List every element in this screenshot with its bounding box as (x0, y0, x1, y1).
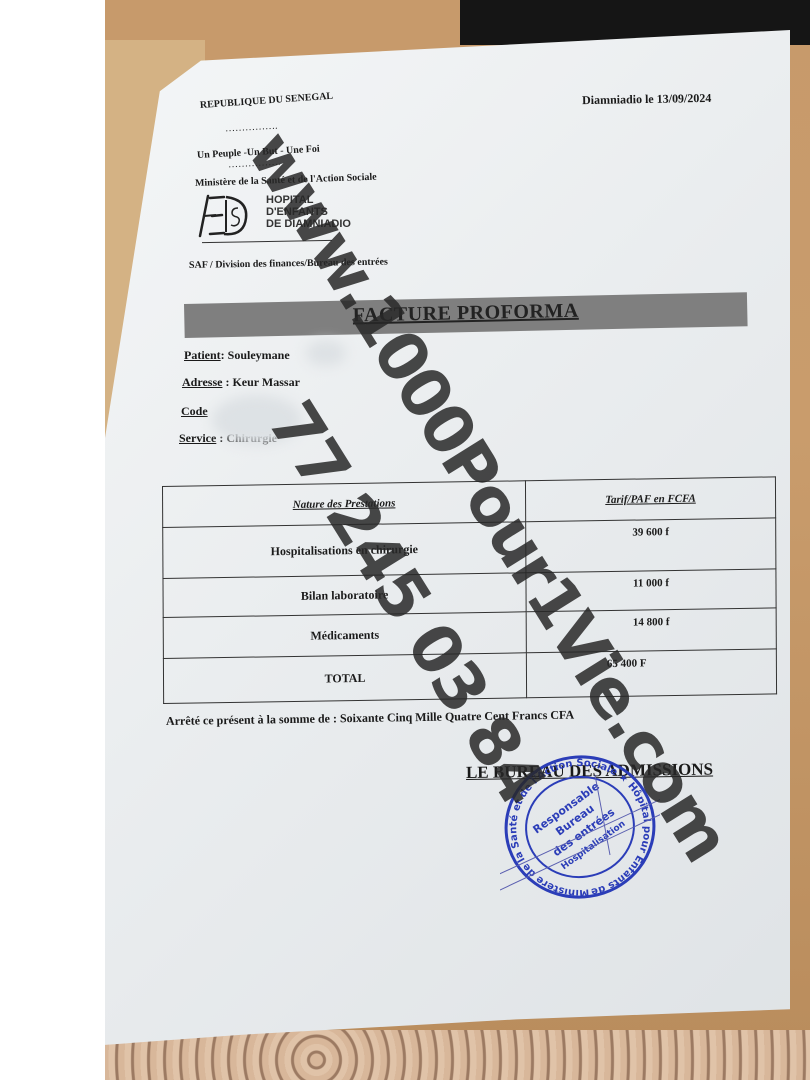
republic-heading: REPUBLIQUE DU SENEGAL (200, 91, 334, 111)
field-label: Patient (184, 348, 221, 362)
service-item: Bilan laboratoire (163, 573, 526, 618)
field-label: Adresse (182, 375, 222, 389)
redaction-blur (306, 340, 346, 366)
code-field: Code (181, 404, 208, 419)
separator-dots: ……………. (225, 121, 278, 135)
place-date: Diamniadio le 13/09/2024 (582, 91, 712, 108)
document-title: FACTURE PROFORMA (184, 296, 747, 331)
field-value: Souleymane (228, 348, 290, 362)
column-header: Tarif/PAF en FCFA (525, 477, 775, 522)
title-band: FACTURE PROFORMA (184, 292, 748, 338)
field-label: Code (181, 404, 208, 418)
address-field: Adresse : Keur Massar (182, 375, 300, 390)
field-separator: : (222, 375, 232, 389)
hospital-logo-icon (190, 192, 250, 238)
field-label: Service (179, 431, 216, 445)
patient-field: Patient: Souleymane (184, 348, 290, 363)
invoice-document: REPUBLIQUE DU SENEGAL ……………. Un Peuple -… (0, 0, 810, 1080)
field-separator: : (221, 348, 228, 362)
field-value: Keur Massar (232, 375, 299, 389)
